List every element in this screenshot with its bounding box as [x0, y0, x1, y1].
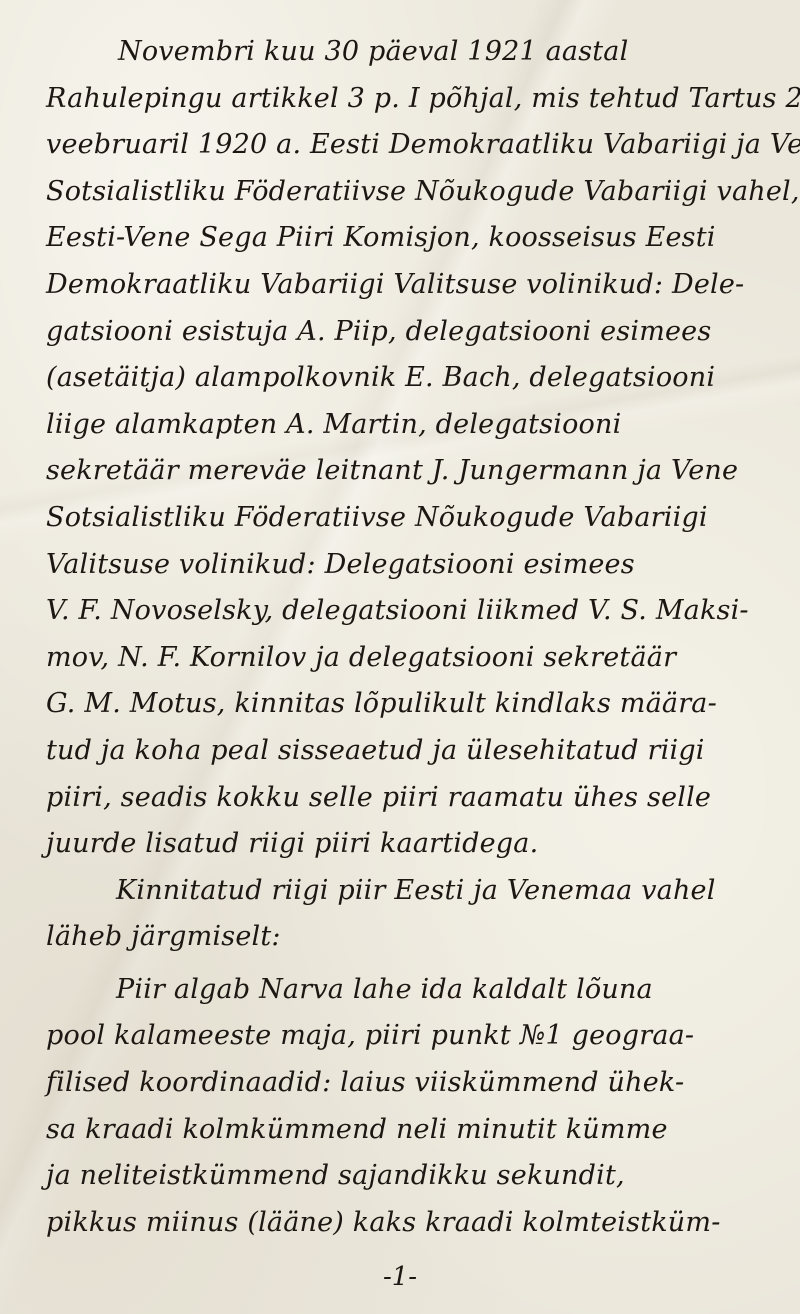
text-line: pool kalameeste maja, piiri punkt №1 geo… [46, 1010, 760, 1057]
page-number: -1- [0, 1262, 800, 1292]
text-line: tud ja koha peal sisseaetud ja ülesehita… [46, 724, 760, 771]
paragraph-start-line: Kinnitatud riigi piir Eesti ja Venemaa v… [46, 864, 760, 911]
text-line: G. M. Motus, kinnitas lõpulikult kindlak… [46, 678, 760, 725]
text-line: Sotsialistliku Föderatiivse Nõukogude Va… [46, 165, 760, 212]
text-line: (asetäitja) alampolkovnik E. Bach, deleg… [46, 352, 760, 399]
text-line: pikkus miinus (lääne) kaks kraadi kolmte… [46, 1196, 760, 1243]
text-line: Demokraatliku Vabariigi Valitsuse volini… [46, 258, 760, 305]
text-line: Valitsuse volinikud: Delegatsiooni esime… [46, 538, 760, 585]
text-line: veebruaril 1920 a. Eesti Demokraatliku V… [46, 119, 760, 166]
text-line: gatsiooni esistuja A. Piip, delegatsioon… [46, 305, 760, 352]
paragraph-start-line: Piir algab Narva lahe ida kaldalt lõuna [46, 963, 760, 1010]
text-line: piiri, seadis kokku selle piiri raamatu … [46, 771, 760, 818]
text-line: juurde lisatud riigi piiri kaartidega. [46, 818, 760, 865]
text-line: filised koordinaadid: laius viiskümmend … [46, 1056, 760, 1103]
text-line: Rahulepingu artikkel 3 p. I põhjal, mis … [46, 72, 760, 119]
text-line: mov, N. F. Kornilov ja delegatsiooni sek… [46, 631, 760, 678]
text-line: ja neliteistkümmend sajandikku sekundit, [46, 1150, 760, 1197]
text-line: läheb järgmiselt: [46, 911, 760, 958]
text-line: sa kraadi kolmkümmend neli minutit kümme [46, 1103, 760, 1150]
date-heading: Novembri kuu 30 päeval 1921 aastal [46, 12, 760, 72]
text-line: Eesti-Vene Sega Piiri Komisjon, koosseis… [46, 212, 760, 259]
document-page: Novembri kuu 30 päeval 1921 aastal Rahul… [0, 0, 800, 1314]
text-line: sekretäär mereväe leitnant J. Jungermann… [46, 445, 760, 492]
text-line: V. F. Novoselsky, delegatsiooni liikmed … [46, 585, 760, 632]
text-line: Sotsialistliku Föderatiivse Nõukogude Va… [46, 491, 760, 538]
text-line: liige alamkapten A. Martin, delegatsioon… [46, 398, 760, 445]
